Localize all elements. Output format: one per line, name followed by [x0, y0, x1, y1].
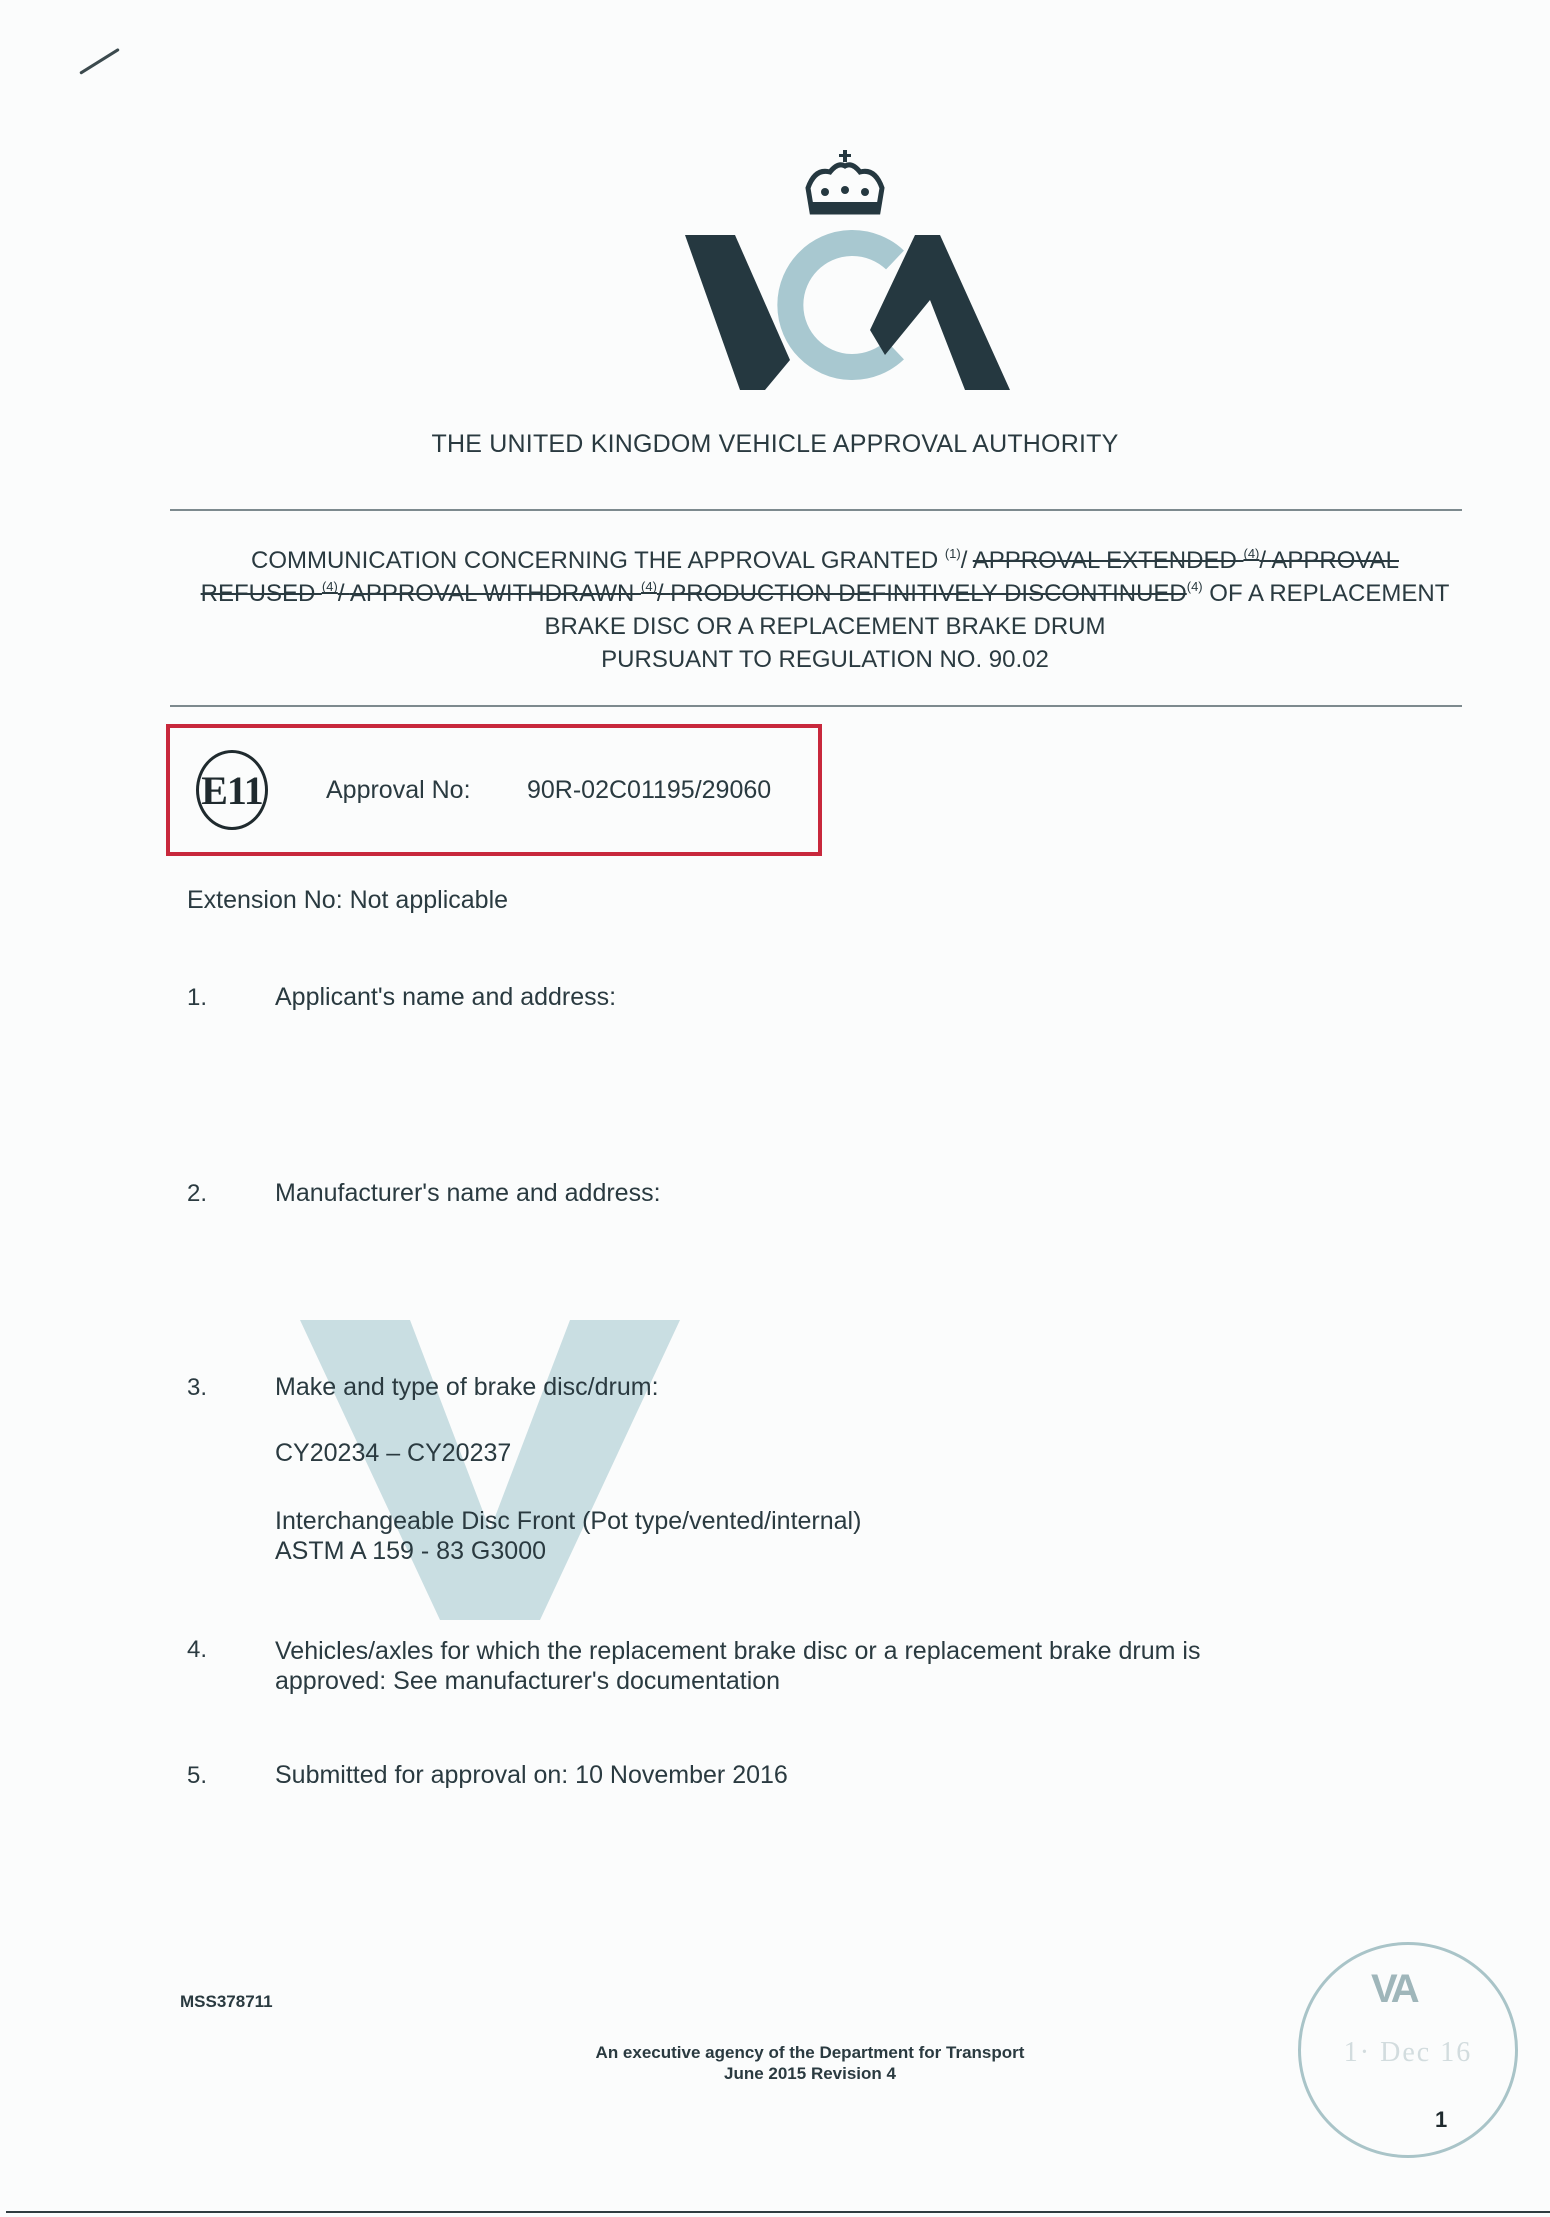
authority-title: THE UNITED KINGDOM VEHICLE APPROVAL AUTH… [0, 430, 1550, 459]
pen-mark [79, 48, 120, 75]
item-number: 3. [187, 1374, 207, 1402]
extension-number: Extension No: Not applicable [187, 886, 508, 915]
stamp-logo-icon: VA [1371, 1967, 1416, 2012]
approval-label: Approval No: [326, 776, 471, 805]
item-number: 4. [187, 1636, 207, 1664]
divider [170, 509, 1462, 511]
item-make-type: Make and type of brake disc/drum: [275, 1372, 659, 1402]
item-number: 5. [187, 1762, 207, 1790]
part-range: CY20234 – CY20237 [275, 1438, 511, 1468]
e-mark-icon: E11 [196, 750, 268, 830]
vca-logo-icon [680, 150, 1010, 390]
approval-stamp: VA 1· Dec 16 1 [1298, 1942, 1518, 2158]
stamp-date: 1· Dec 16 [1301, 2037, 1515, 2069]
approval-box: E11 Approval No: 90R-02C01195/29060 [166, 724, 822, 856]
bottom-edge [6, 2211, 1550, 2213]
item-submitted: Submitted for approval on: 10 November 2… [275, 1760, 788, 1790]
item-applicant: Applicant's name and address: [275, 982, 616, 1012]
item-manufacturer: Manufacturer's name and address: [275, 1178, 661, 1208]
page-number: 1 [1435, 2107, 1447, 2133]
part-description: Interchangeable Disc Front (Pot type/ven… [275, 1506, 861, 1566]
communication-heading: COMMUNICATION CONCERNING THE APPROVAL GR… [200, 544, 1450, 676]
item-number: 2. [187, 1180, 207, 1208]
regulation-line: PURSUANT TO REGULATION NO. 90.02 [601, 646, 1049, 673]
item-number: 1. [187, 984, 207, 1012]
watermark-v-icon [300, 1320, 680, 1620]
approval-number: 90R-02C01195/29060 [527, 776, 771, 805]
document-code: MSS378711 [180, 1992, 273, 2012]
divider [170, 705, 1462, 707]
item-vehicles: Vehicles/axles for which the replacement… [275, 1636, 1200, 1696]
